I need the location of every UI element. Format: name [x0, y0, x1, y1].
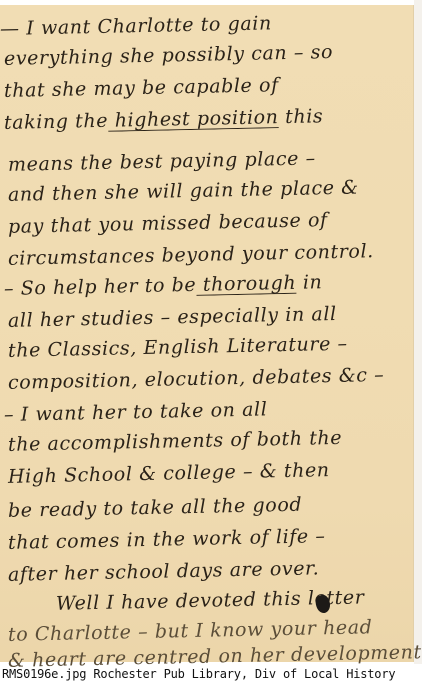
- underlined-text: thorough: [196, 272, 296, 296]
- line-text: – So help her to be: [4, 274, 197, 300]
- image-caption: RMS0196e.jpg Rochester Pub Library, Div …: [2, 667, 422, 681]
- underlined-text: highest position: [108, 106, 279, 132]
- line-text-tail: this: [278, 105, 323, 128]
- line-text-tail: in: [296, 271, 323, 294]
- line-text: taking the: [4, 110, 109, 134]
